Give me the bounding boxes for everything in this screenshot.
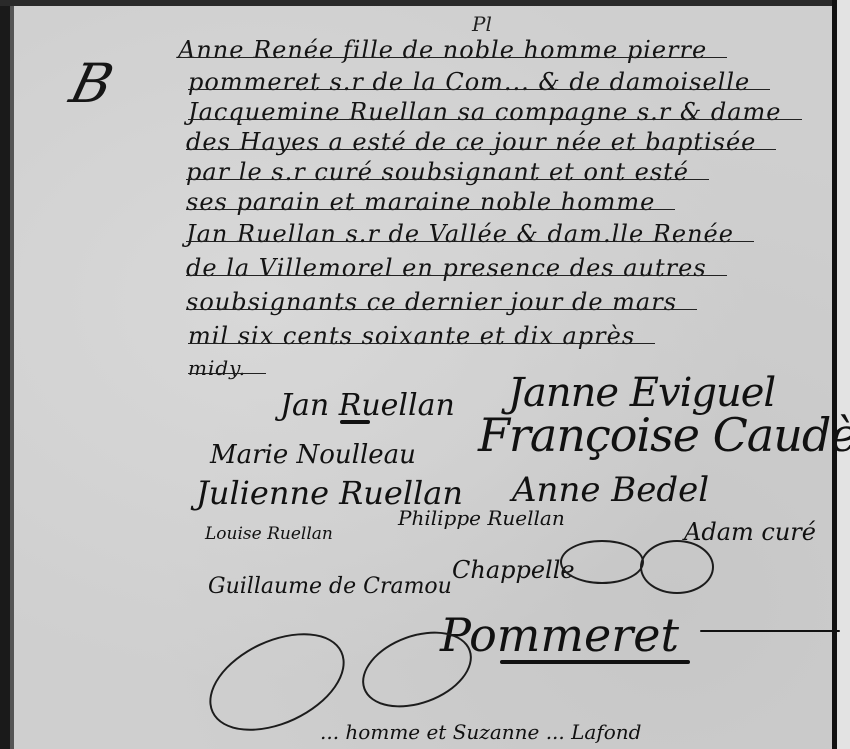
underline-mark — [340, 420, 370, 424]
body-line-6: ses parain et maraine noble homme — [186, 188, 655, 216]
body-line-7: Jan Ruellan s.r de Vallée & dam.lle René… — [186, 220, 734, 248]
signature-underline — [500, 660, 690, 664]
scan-right-edge — [832, 0, 850, 749]
signature-guillaume-de-cramou: Guillaume de Cramou — [208, 574, 452, 599]
signature-flourish — [560, 540, 644, 584]
body-line-10: mil six cents soixante et dix après — [188, 322, 635, 350]
body-line-4: des Hayes a esté de ce jour née et bapti… — [186, 128, 756, 156]
signature-tail-line — [700, 630, 840, 632]
superscript-annotation: Pl — [472, 12, 492, 36]
signature-francoise-caudere: Françoise Caudère — [478, 408, 850, 462]
body-line-8: de la Villemorel en presence des autres — [186, 254, 707, 282]
signature-flourish — [640, 540, 714, 594]
signature-adam-cure: Adam curé — [684, 518, 816, 546]
body-line-2: pommeret s.r de la Com... & de damoisell… — [188, 68, 750, 96]
signature-anne-bedel: Anne Bedel — [512, 470, 709, 510]
signature-chappelle: Chappelle — [452, 556, 575, 584]
body-line-5: par le s.r curé soubsignant et ont esté — [186, 158, 689, 186]
body-line-3: Jacquemine Ruellan sa compagne s.r & dam… — [188, 98, 782, 126]
signature-pommeret: Pommeret — [440, 608, 679, 662]
bottom-partial-line: ... homme et Suzanne ... Lafond — [320, 720, 641, 744]
body-line-9: soubsignants ce dernier jour de mars — [186, 288, 677, 316]
signature-louise-ruellan: Louise Ruellan — [205, 524, 333, 544]
signature-marie-noulleau: Marie Noulleau — [210, 440, 416, 470]
signature-philippe-ruellan: Philippe Ruellan — [398, 506, 565, 530]
body-line-11: midy. — [188, 356, 246, 380]
signature-jan-ruellan: Jan Ruellan — [280, 388, 455, 423]
body-line-1: Anne Renée fille de noble homme pierre — [178, 36, 707, 64]
